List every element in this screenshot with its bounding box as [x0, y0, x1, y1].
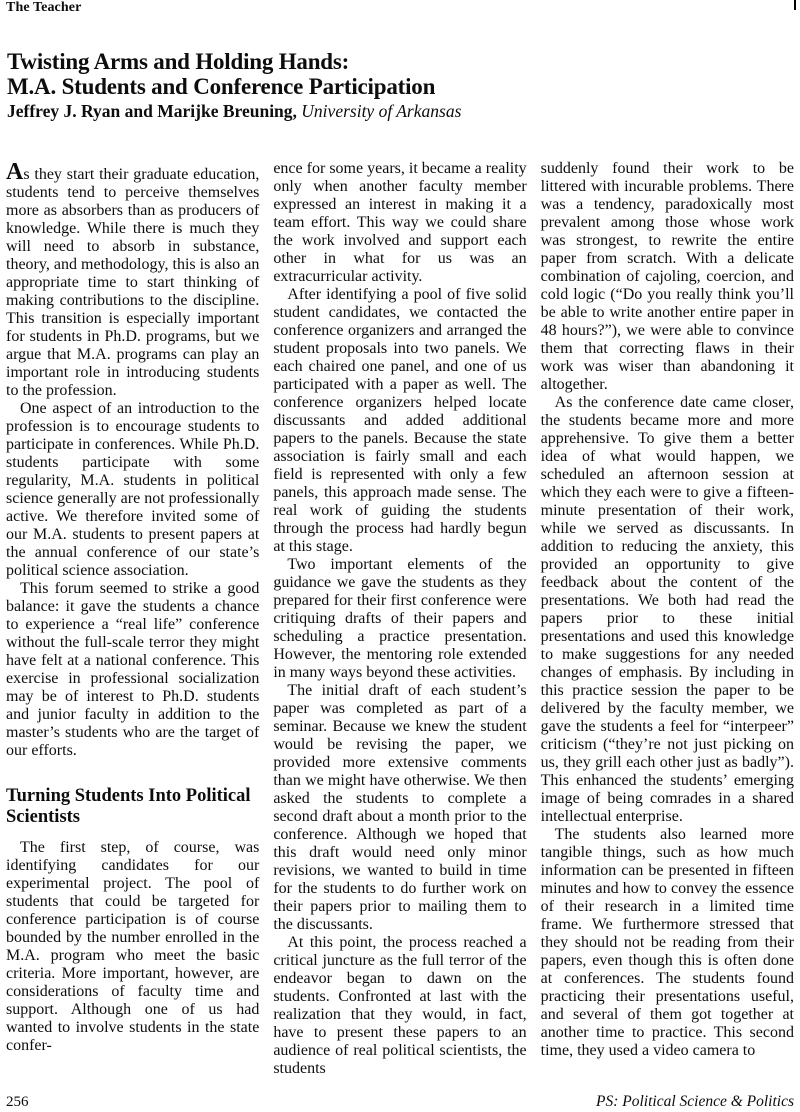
article-title-line2: M.A. Students and Conference Participati… — [7, 74, 435, 99]
paragraph: The initial draft of each student’s pape… — [273, 682, 526, 934]
byline-authors: Jeffrey J. Ryan and Marijke Breuning, — [7, 101, 301, 121]
paragraph: One aspect of an introduction to the pro… — [6, 400, 259, 580]
paragraph: Two important elements of the guidance w… — [273, 556, 526, 682]
paragraph: At this point, the process reached a cri… — [273, 934, 526, 1078]
section-kicker: The Teacher — [6, 0, 81, 16]
byline: Jeffrey J. Ryan and Marijke Breuning, Un… — [7, 101, 461, 122]
scan-artifact-tick — [794, 0, 796, 10]
paragraph: After identifying a pool of five solid s… — [273, 286, 526, 556]
journal-name: PS: Political Science & Politics — [596, 1093, 794, 1111]
paragraph: The students also learned more tangible … — [541, 826, 794, 1060]
paragraph: ence for some years, it became a reality… — [273, 160, 526, 286]
paragraph: suddenly found their work to be littered… — [541, 160, 794, 394]
paragraph: This forum seemed to strike a good balan… — [6, 580, 259, 760]
article-title-line1: Twisting Arms and Holding Hands: — [7, 49, 349, 74]
paragraph: As the conference date came closer, the … — [541, 394, 794, 826]
page-number: 256 — [6, 1094, 29, 1111]
byline-affiliation: University of Arkansas — [301, 101, 461, 121]
article-title: Twisting Arms and Holding Hands: M.A. St… — [7, 49, 760, 99]
article-column: As they start their graduate education, … — [6, 160, 259, 1094]
article-column: suddenly found their work to be littered… — [541, 160, 794, 1094]
paragraph: The first step, of course, was identifyi… — [6, 839, 259, 1055]
section-heading: Turning Students Into Political Scientis… — [6, 786, 259, 828]
article-column: ence for some years, it became a reality… — [273, 160, 526, 1094]
journal-page: The Teacher Twisting Arms and Holding Ha… — [0, 0, 800, 1112]
paragraph: As they start their graduate education, … — [6, 160, 259, 400]
article-body: As they start their graduate education, … — [6, 160, 794, 1094]
